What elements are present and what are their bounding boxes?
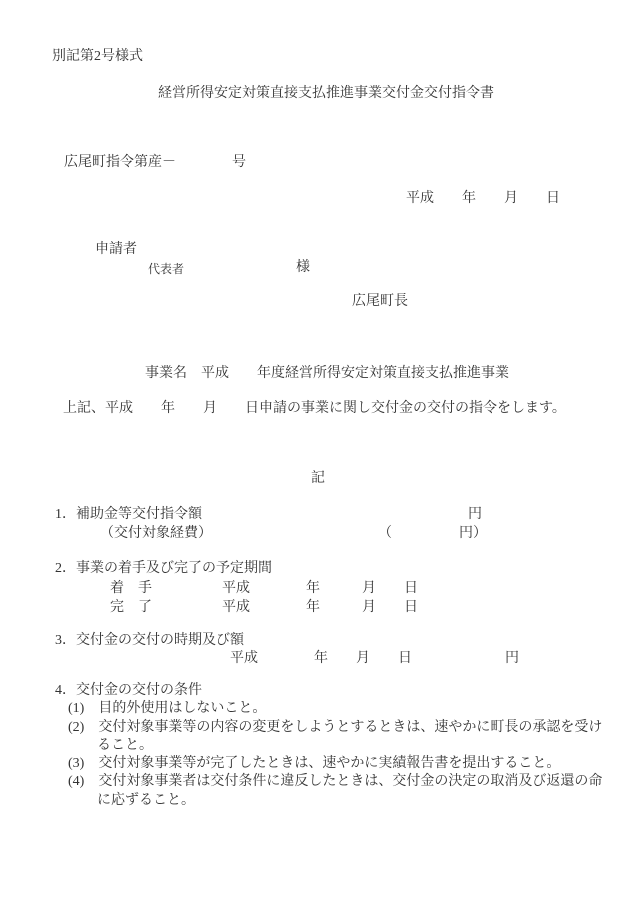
- condition-line: (3) 交付対象事業等が完了したときは、速やかに実績報告書を提出すること。: [68, 756, 560, 773]
- project-name-line: 事業名 平成 年度経営所得安定対策直接支払推進事業: [145, 366, 509, 383]
- issuer-title: 広尾町長: [352, 294, 408, 311]
- document-page: 別記第2号様式 経営所得安定対策直接支払推進事業交付金交付指令書 広尾町指令第産…: [0, 0, 630, 915]
- document-title: 経営所得安定対策直接支払推進事業交付金交付指令書: [158, 86, 494, 103]
- applicant-label: 申請者: [95, 242, 137, 259]
- section3-date-row: 平成 年 月 日: [230, 651, 412, 668]
- section2-heading: 2．事業の着手及び完了の予定期間: [55, 561, 272, 578]
- section1-amount-unit: 円: [468, 507, 482, 524]
- statement-line: 上記、平成 年 月 日申請の事業に関し交付金の交付の指令をします。: [63, 401, 566, 418]
- section1-heading: 1．補助金等交付指令額: [55, 507, 202, 524]
- condition-line: (4) 交付対象事業者は交付条件に違反したときは、交付金の決定の取消及び返還の命: [68, 774, 602, 791]
- directive-number-line: 広尾町指令第産－ 号: [64, 155, 246, 172]
- section2-start-row: 着 手 平成 年 月 日: [110, 581, 418, 598]
- section1-paren-open: （: [378, 526, 392, 543]
- section2-end-row: 完 了 平成 年 月 日: [110, 600, 418, 617]
- section3-amount-unit: 円: [505, 651, 519, 668]
- condition-line: (2) 交付対象事業等の内容の変更をしようとするときは、速やかに町長の承認を受け: [68, 720, 602, 737]
- condition-line-continuation: に応ずること。: [97, 793, 195, 810]
- form-number-label: 別記第2号様式: [52, 49, 143, 66]
- issue-date-line: 平成 年 月 日: [406, 191, 560, 208]
- section1-paren-close-unit: 円）: [459, 526, 487, 543]
- body-marker: 記: [311, 471, 325, 488]
- representative-label: 代表者: [148, 262, 184, 276]
- honorific-label: 様: [296, 260, 310, 277]
- section3-heading: 3．交付金の交付の時期及び額: [55, 633, 244, 650]
- section1-sub-label: （交付対象経費）: [100, 526, 212, 543]
- section4-heading: 4．交付金の交付の条件: [55, 683, 202, 700]
- condition-line-continuation: ること。: [97, 738, 153, 755]
- condition-line: (1) 目的外使用はしないこと。: [68, 701, 266, 718]
